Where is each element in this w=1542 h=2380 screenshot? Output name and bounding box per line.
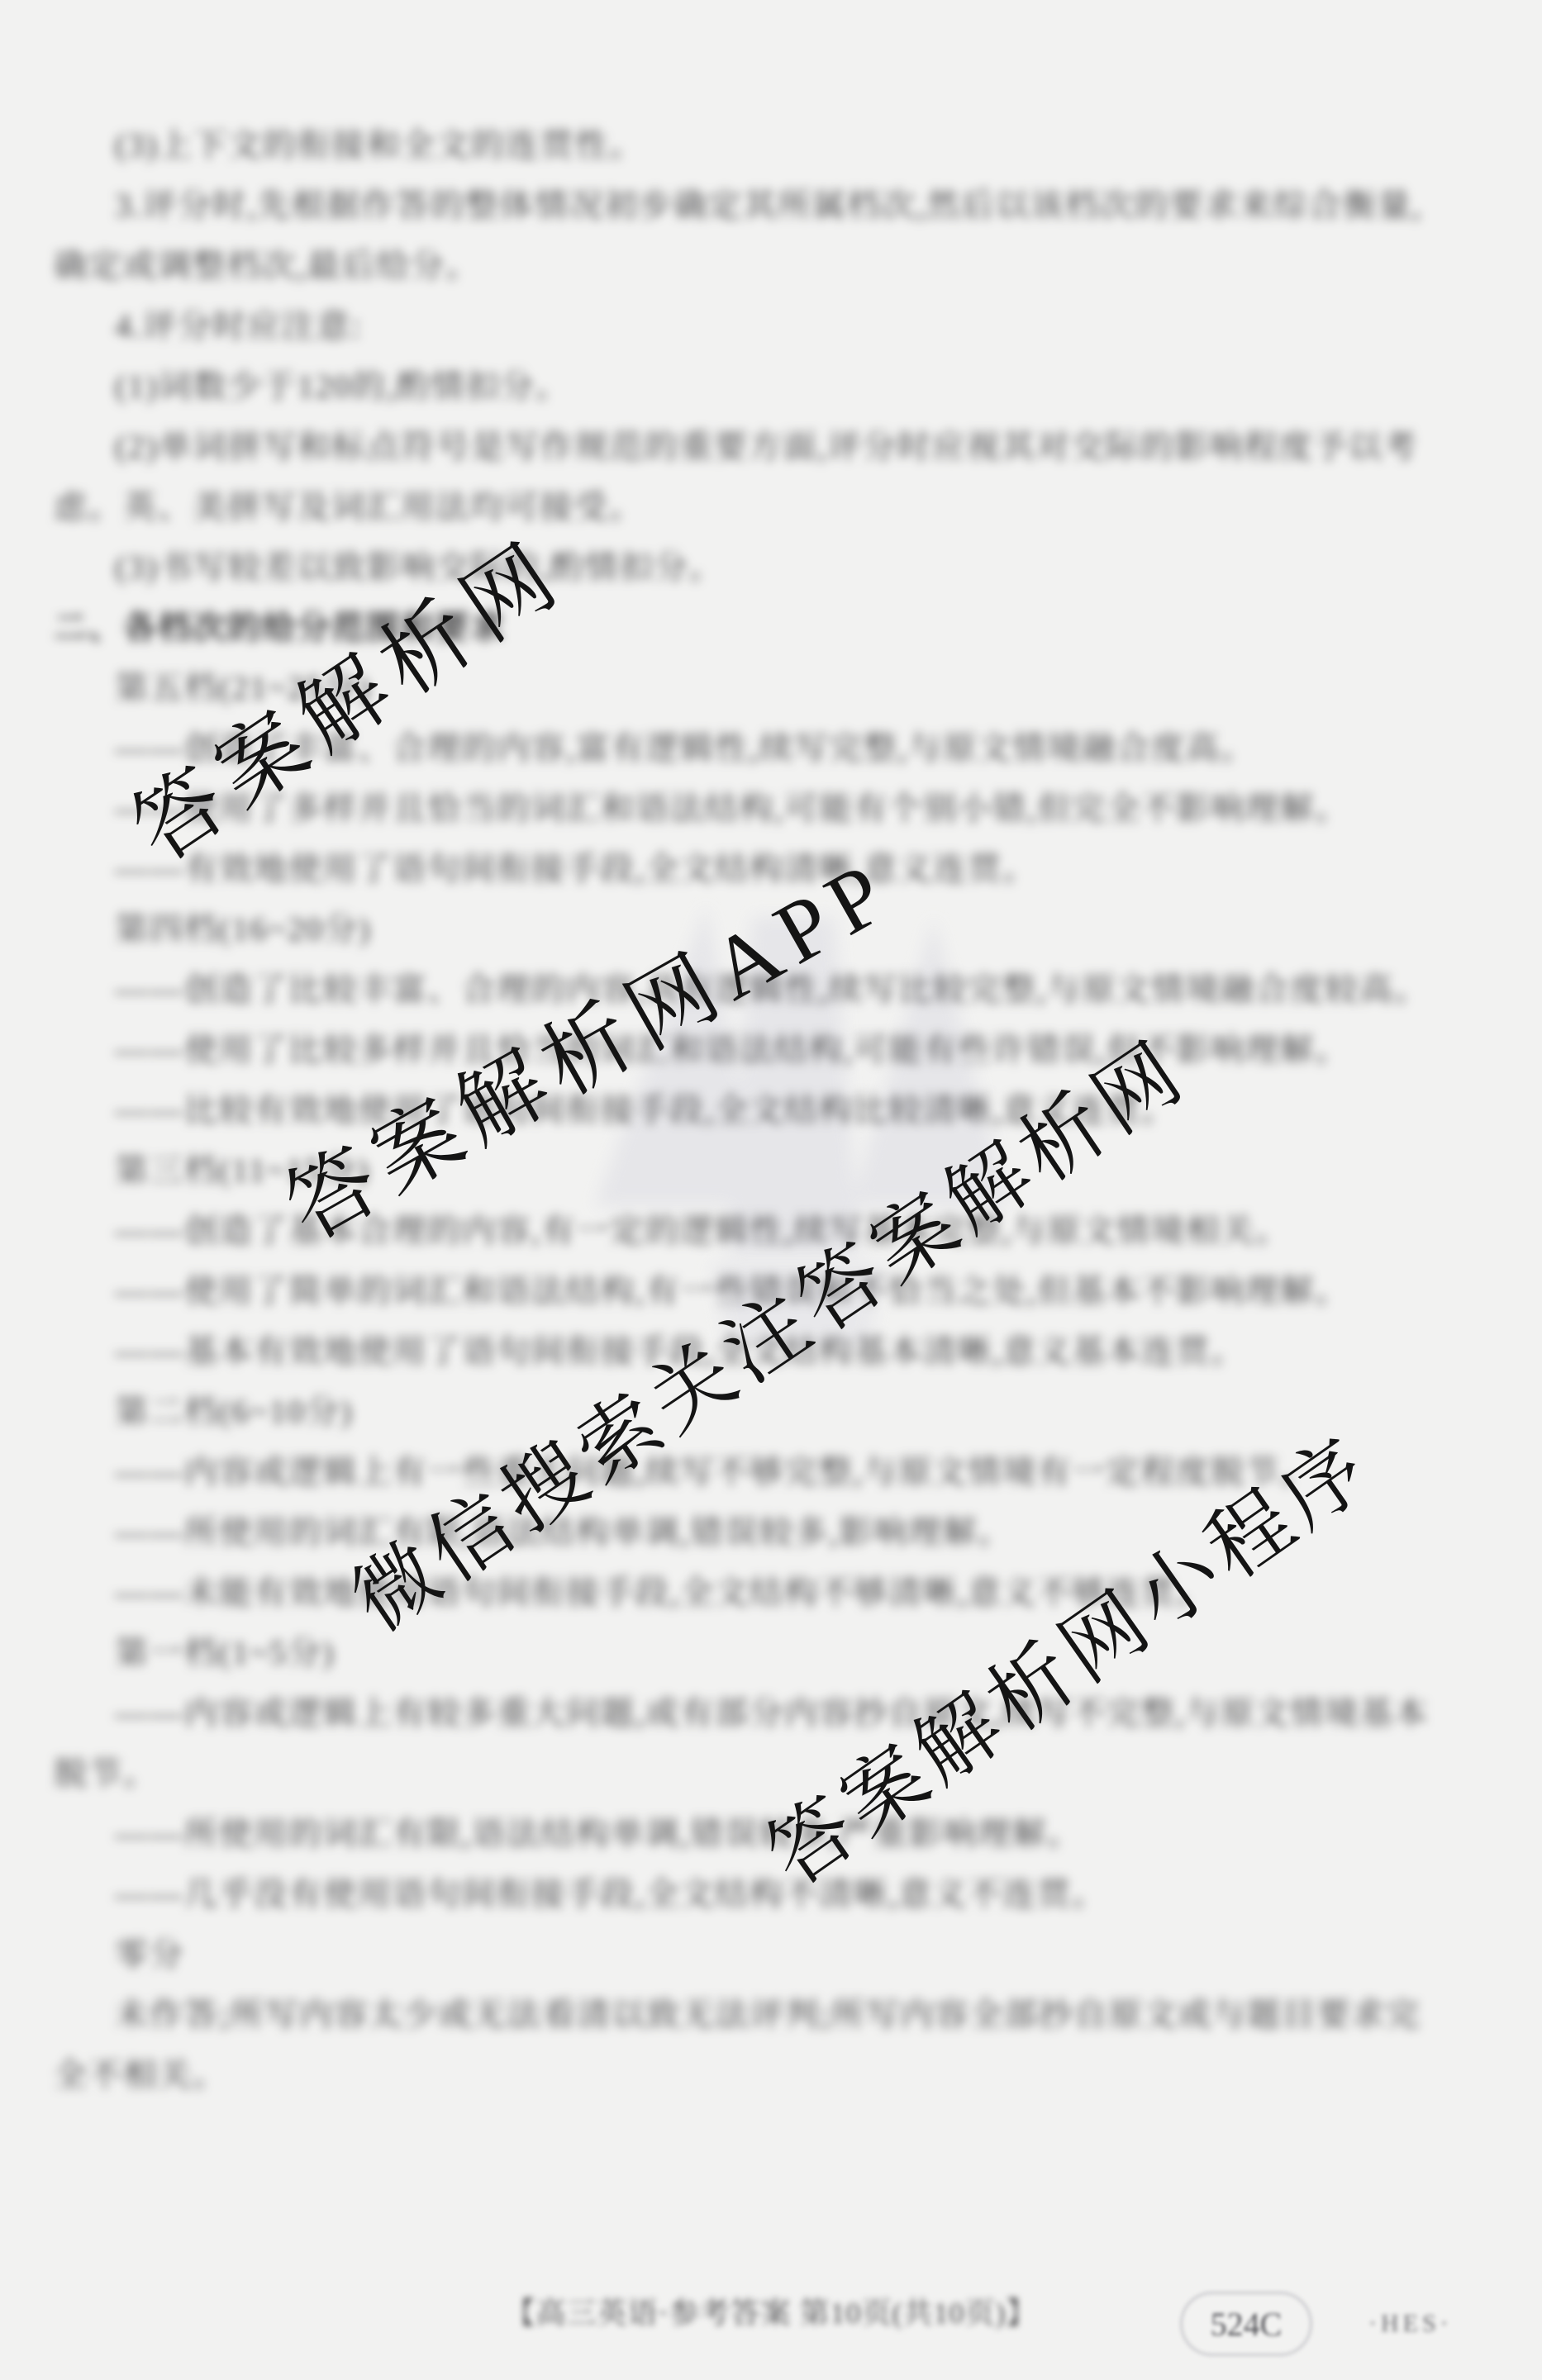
- document-line: ——未能有效地使用语句间衔接手段,全文结构不够清晰,意义不够连贯。: [54, 1562, 1533, 1622]
- paper-code-badge: 524C: [1180, 2292, 1312, 2356]
- document-line: 虑。英、美拼写及词汇用法均可接受。: [54, 477, 1533, 537]
- paper-code-text: 524C: [1211, 2305, 1283, 2344]
- document-line: (3)书写较差以致影响交际的,酌情扣分。: [54, 537, 1533, 597]
- document-line: 4.评分时应注意:: [54, 296, 1533, 356]
- document-line: (3)上下文的衔接和全文的连贯性。: [54, 115, 1533, 175]
- document-line: 二、各档次的给分范围和要求: [54, 597, 1533, 658]
- footer-right-code: ·HES·: [1368, 2310, 1453, 2338]
- document-line: 未作答;所写内容太少或无法看清以致无法评判;所写内容全部抄自原文或与题目要求完: [54, 1984, 1533, 2045]
- document-line: 3.评分时,先根据作答的整体情况初步确定其所属档次,然后以该档次的要求来综合衡量…: [54, 175, 1533, 235]
- document-line: ——使用了比较多样并且恰当的词汇和语法结构,可能有些许错误,但不影响理解。: [54, 1019, 1533, 1080]
- footer-page-label: 【高三英语·参考答案 第10页(共10页)】: [506, 2290, 1037, 2332]
- document-line: ——内容或逻辑上有较多重大问题,或有部分内容抄自原文,续写不完整,与原文情境基本: [54, 1683, 1533, 1743]
- document-line: 全不相关。: [54, 2045, 1533, 2105]
- document-line: 第一档(1~5分): [54, 1622, 1533, 1683]
- document-line: 零分: [54, 1924, 1533, 1984]
- document-line: 确定或调整档次,最后给分。: [54, 235, 1533, 296]
- document-line: ——比较有效地使用了语句间衔接手段,全文结构比较清晰,意义连贯。: [54, 1080, 1533, 1140]
- scanned-answer-page: (3)上下文的衔接和全文的连贯性。3.评分时,先根据作答的整体情况初步确定其所属…: [0, 0, 1542, 2380]
- document-line: (1)词数少于120的,酌情扣分。: [54, 356, 1533, 416]
- document-line: (2)单词拼写和标点符号是写作规范的重要方面,评分时应视其对交际的影响程度予以考: [54, 416, 1533, 477]
